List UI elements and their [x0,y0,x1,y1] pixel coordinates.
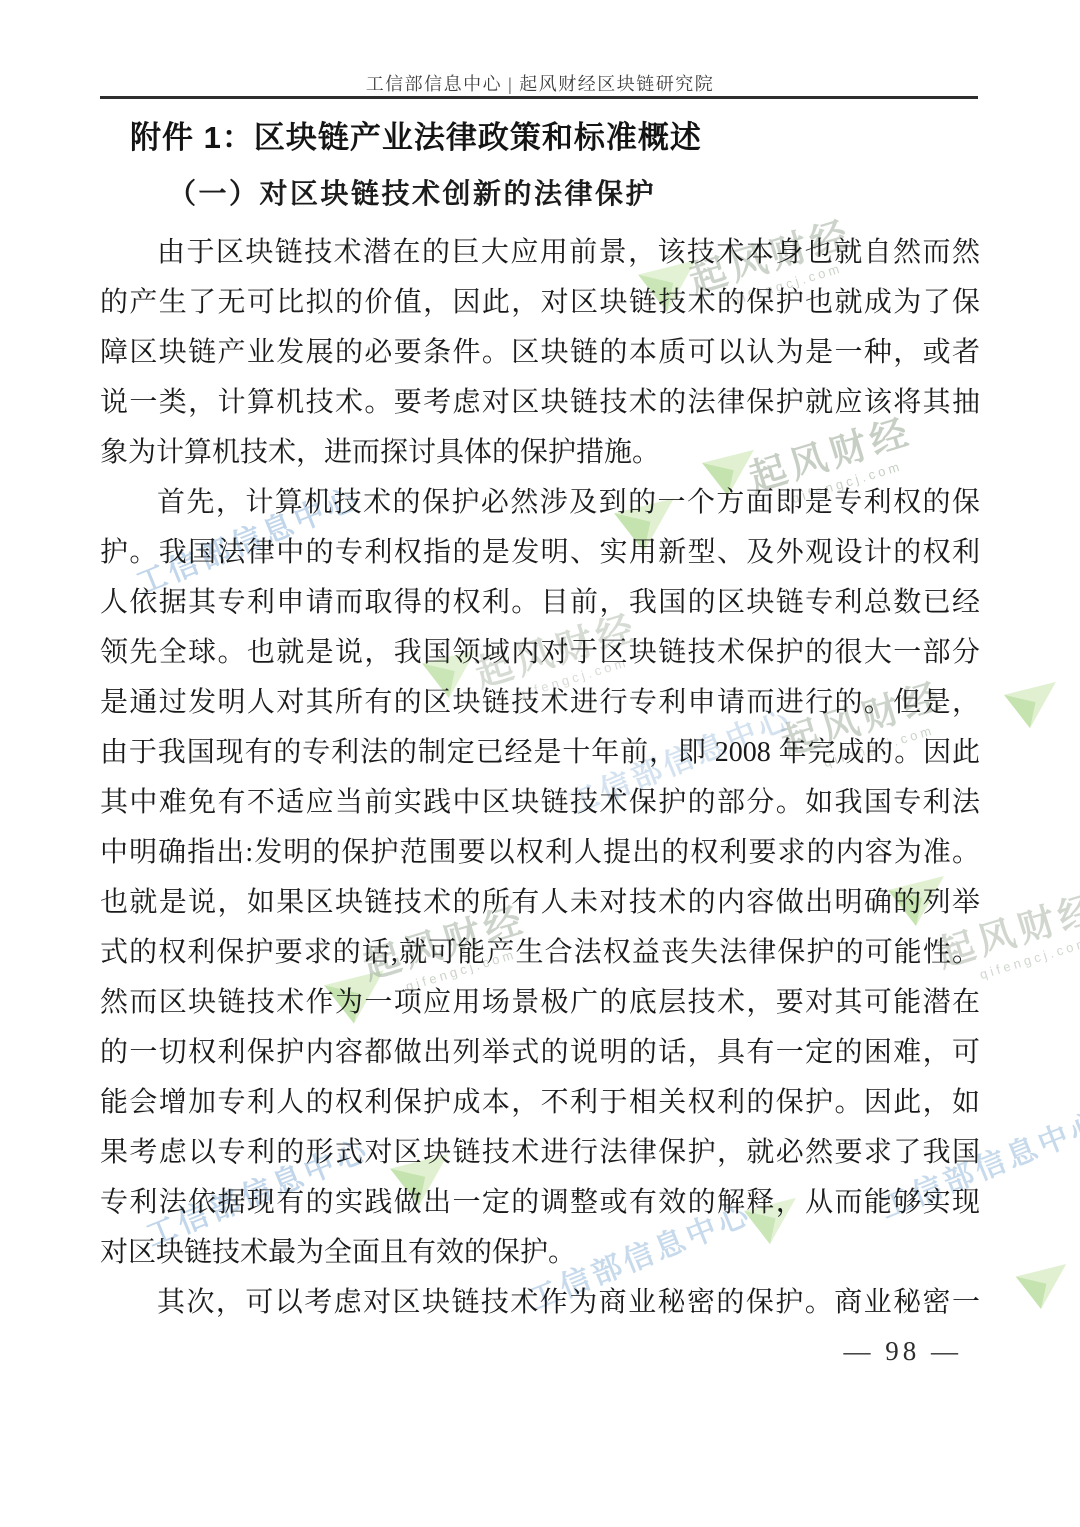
body-text: 由于区块链技术潜在的巨大应用前景，该技术本身也就自然而然的产生了无可比拟的价值，… [100,228,980,1328]
brand-leaf-icon [1002,680,1058,730]
paragraph-line: 首先，计算机技术的保护必然涉及到的一个方面即是专利权的保 [100,478,980,528]
paragraph-line: 由于区块链技术潜在的巨大应用前景，该技术本身也就自然而然 [100,228,980,278]
paragraph-line: 障区块链产业发展的必要条件。区块链的本质可以认为是一种，或者 [100,328,980,378]
page-number: — 98 — [844,1336,963,1367]
paragraph-line: 也就是说，如果区块链技术的所有人未对技术的内容做出明确的列举 [100,878,980,928]
paragraph-line: 领先全球。也就是说，我国领域内对于区块链技术保护的很大一部分 [100,628,980,678]
paragraph-line: 专利法依据现有的实践做出一定的调整或有效的解释，从而能够实现 [100,1178,980,1228]
paragraph-line: 由于我国现有的专利法的制定已经是十年前，即 2008 年完成的。因此 [100,728,980,778]
section-heading: （一）对区块链技术创新的法律保护 [168,172,656,212]
paragraph-line: 其中难免有不适应当前实践中区块链技术保护的部分。如我国专利法 [100,778,980,828]
paragraph-line: 然而区块链技术作为一项应用场景极广的底层技术，要对其可能潜在 [100,978,980,1028]
document-page: 起风财经qifengcj.com起风财经qifengcj.com工信部信息中心起… [0,0,1080,1527]
brand-watermark-url: qifengcj.com [978,929,1080,983]
paragraph-line: 其次，可以考虑对区块链技术作为商业秘密的保护。商业秘密一 [100,1278,980,1328]
paragraph-line: 说一类，计算机技术。要考虑对区块链技术的法律保护就应该将其抽 [100,378,980,428]
paragraph-line: 的产生了无可比拟的价值，因此，对区块链技术的保护也就成为了保 [100,278,980,328]
paragraph-line: 象为计算机技术，进而探讨具体的保护措施。 [100,428,980,478]
paragraph-line: 的一切权利保护内容都做出列举式的说明的话，具有一定的困难，可 [100,1028,980,1078]
paragraph-line: 人依据其专利申请而取得的权利。目前，我国的区块链专利总数已经 [100,578,980,628]
paragraph-line: 式的权利保护要求的话,就可能产生合法权益丧失法律保护的可能性。 [100,928,980,978]
paragraph-line: 对区块链技术最为全面且有效的保护。 [100,1228,980,1278]
page-title: 附件 1：区块链产业法律政策和标准概述 [130,112,702,157]
brand-leaf-icon [1014,1262,1068,1311]
paragraph-line: 是通过发明人对其所有的区块链技术进行专利申请而进行的。但是， [100,678,980,728]
header-divider [100,96,978,99]
paragraph-line: 能会增加专利人的权利保护成本，不利于相关权利的保护。因此，如 [100,1078,980,1128]
paragraph-line: 中明确指出:发明的保护范围要以权利人提出的权利要求的内容为准。 [100,828,980,878]
page-header: 工信部信息中心 | 起风财经区块链研究院 [100,70,980,96]
paragraph-line: 果考虑以专利的形式对区块链技术进行法律保护，就必然要求了我国 [100,1128,980,1178]
paragraph-line: 护。我国法律中的专利权指的是发明、实用新型、及外观设计的权利 [100,528,980,578]
